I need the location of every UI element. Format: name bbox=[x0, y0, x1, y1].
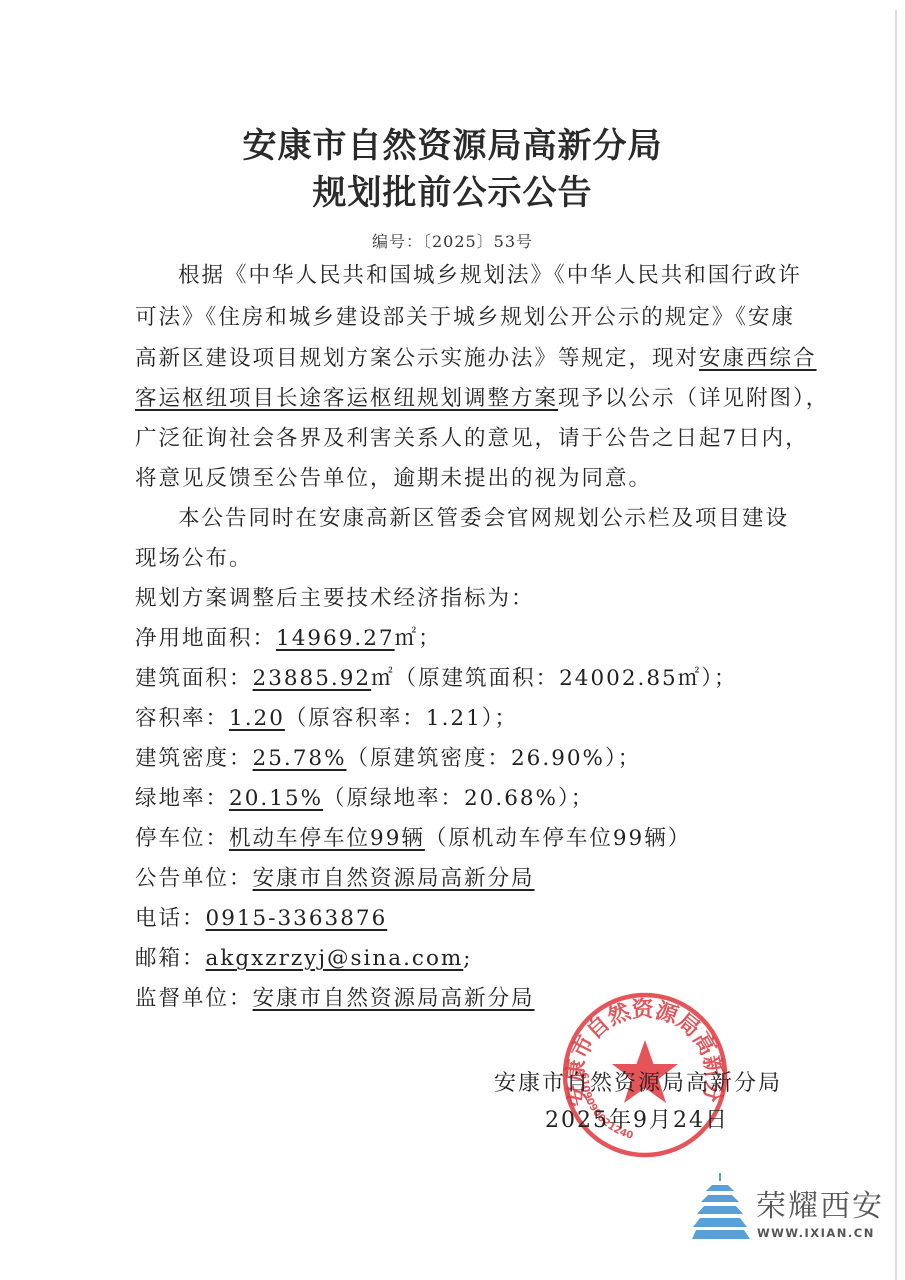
indicator-net-land-area: 净用地面积：14969.27㎡； bbox=[135, 621, 442, 652]
indicators-heading: 规划方案调整后主要技术经济指标为： bbox=[135, 581, 535, 612]
paragraph1-line2: 可法》《住房和城乡建设部关于城乡规划公开公示的规定》《安康 bbox=[135, 300, 795, 331]
email-address: akgxzrzyj@sina.com bbox=[206, 946, 464, 971]
indicator-original: （原建筑密度：26.90%）； bbox=[347, 746, 642, 771]
contact-announcing-unit: 公告单位：安康市自然资源局高新分局 bbox=[135, 861, 535, 892]
indicator-building-density: 建筑密度：25.78%（原建筑密度：26.90%）； bbox=[135, 741, 641, 772]
paragraph1-line4: 客运枢纽项目长途客运枢纽规划调整方案现予以公示（详见附图）， bbox=[135, 381, 829, 412]
indicator-label: 建筑密度： bbox=[135, 746, 253, 771]
indicator-value: 25.78% bbox=[253, 746, 347, 771]
title-line-1: 安康市自然资源局高新分局 bbox=[0, 118, 905, 167]
indicator-label: 绿地率： bbox=[135, 786, 229, 811]
indicator-label: 停车位： bbox=[135, 826, 229, 851]
paragraph1-line4-text: 现予以公示（详见附图）， bbox=[558, 386, 829, 411]
paragraph1-line3-text: 高新区建设项目规划方案公示实施办法》等规定，现对 bbox=[135, 346, 699, 371]
contact-label: 电话： bbox=[135, 906, 206, 931]
project-name-part1: 安康西综合 bbox=[699, 346, 817, 371]
paragraph1-line1: 根据《中华人民共和国城乡规划法》《中华人民共和国行政许 bbox=[178, 258, 802, 289]
contact-value: 安康市自然资源局高新分局 bbox=[253, 866, 535, 891]
contact-phone: 电话：0915-3363876 bbox=[135, 901, 387, 932]
indicator-value: 1.20 bbox=[229, 706, 285, 731]
signature-date: 2025年9月24日 bbox=[545, 1103, 729, 1134]
indicator-green-ratio: 绿地率：20.15%（原绿地率：20.68%）； bbox=[135, 781, 594, 812]
indicator-value: 14969.27 bbox=[276, 626, 395, 651]
indicator-plot-ratio: 容积率：1.20（原容积率：1.21）； bbox=[135, 701, 518, 732]
indicator-label: 容积率： bbox=[135, 706, 229, 731]
contact-label: 邮箱： bbox=[135, 946, 206, 971]
indicator-unit: ㎡； bbox=[395, 626, 442, 651]
contact-supervising-unit: 监督单位：安康市自然资源局高新分局 bbox=[135, 981, 535, 1012]
paragraph1-line6: 将意见反馈至公告单位，逾期未提出的视为同意。 bbox=[135, 461, 652, 492]
indicator-value: 20.15% bbox=[229, 786, 323, 811]
title-line-2: 规划批前公示公告 bbox=[0, 165, 905, 214]
watermark-url: WWW.IXIAN.CN bbox=[757, 1226, 875, 1240]
paragraph1-line3: 高新区建设项目规划方案公示实施办法》等规定，现对安康西综合 bbox=[135, 341, 817, 372]
indicator-label: 建筑面积： bbox=[135, 666, 253, 691]
indicator-building-area: 建筑面积：23885.92㎡（原建筑面积：24002.85㎡）； bbox=[135, 661, 737, 692]
paragraph1-line5: 广泛征询社会各界及利害关系人的意见，请于公告之日起7日内， bbox=[135, 421, 809, 452]
indicator-original: （原绿地率：20.68%）； bbox=[323, 786, 594, 811]
indicator-value: 机动车停车位99辆 bbox=[229, 826, 425, 851]
paragraph2-line1: 本公告同时在安康高新区管委会官网规划公示栏及项目建设 bbox=[178, 501, 789, 532]
contact-email: 邮箱：akgxzrzyj@sina.com; bbox=[135, 941, 473, 972]
signature-org: 安康市自然资源局高新分局 bbox=[494, 1066, 782, 1097]
indicator-parking: 停车位：机动车停车位99辆（原机动车停车位99辆） bbox=[135, 821, 691, 852]
project-name-part2: 客运枢纽项目长途客运枢纽规划调整方案 bbox=[135, 386, 558, 411]
contact-label: 公告单位： bbox=[135, 866, 253, 891]
paragraph2-line2: 现场公布。 bbox=[135, 541, 253, 572]
indicator-original: （原容积率：1.21）； bbox=[285, 706, 518, 731]
phone-number: 0915-3363876 bbox=[206, 906, 388, 931]
contact-suffix: ; bbox=[463, 946, 472, 971]
watermark-brand: 荣耀西安 bbox=[756, 1181, 884, 1225]
indicator-original: （原机动车停车位99辆） bbox=[425, 826, 691, 851]
contact-value: 安康市自然资源局高新分局 bbox=[253, 986, 535, 1011]
document-number: 编号：〔2025〕53号 bbox=[0, 229, 905, 252]
indicator-label: 净用地面积： bbox=[135, 626, 276, 651]
indicator-original: （原建筑面积：24002.85㎡）； bbox=[395, 666, 738, 691]
indicator-unit: ㎡ bbox=[371, 666, 395, 691]
indicator-value: 23885.92 bbox=[253, 666, 372, 691]
contact-label: 监督单位： bbox=[135, 986, 253, 1011]
